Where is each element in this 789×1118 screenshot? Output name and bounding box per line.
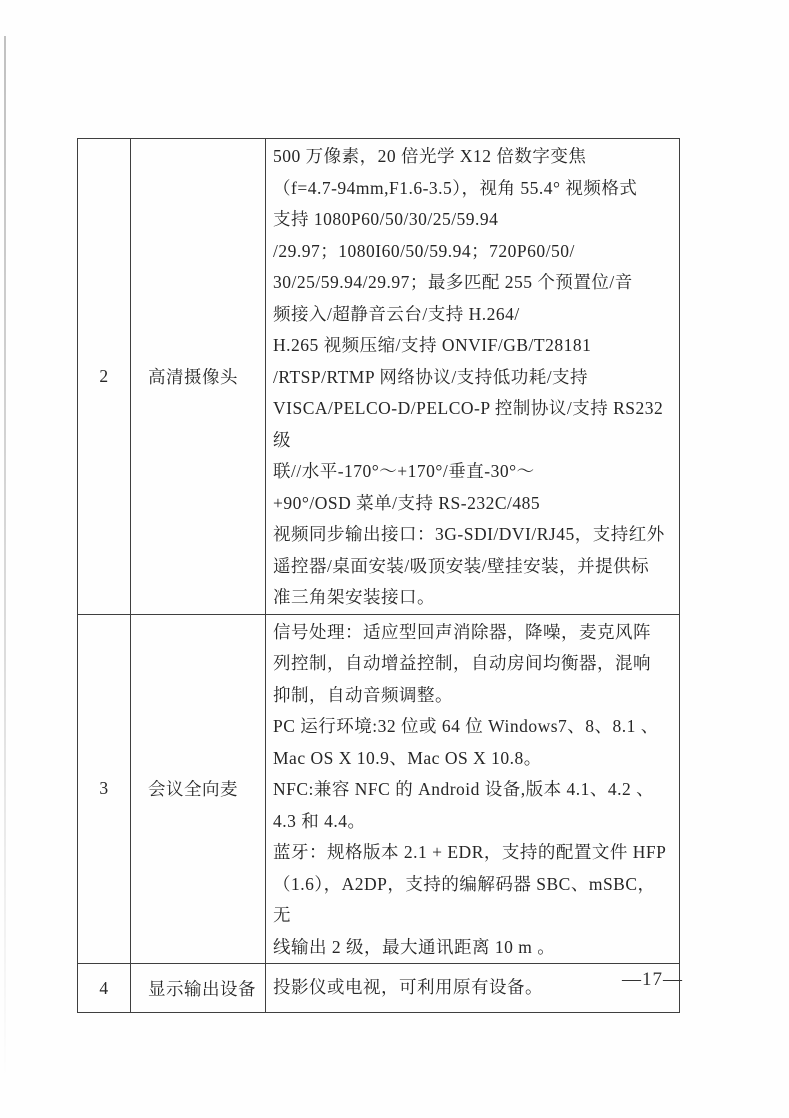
row-number: 3 [78,614,131,964]
item-spec-text: 投影仪或电视，可利用原有设备。 [266,964,680,1013]
table-row-microphone: 3 会议全向麦 信号处理：适应型回声消除器，降噪，麦克风阵 列控制，自动增益控制… [78,614,680,964]
item-spec-text: 信号处理：适应型回声消除器，降噪，麦克风阵 列控制，自动增益控制，自动房间均衡器… [266,614,680,964]
scan-edge-artifact [4,36,6,1080]
table-row-display: 4 显示输出设备 投影仪或电视，可利用原有设备。 [78,964,680,1013]
table-row-camera: 2 高清摄像头 500 万像素，20 倍光学 X12 倍数字变焦 （f=4.7-… [78,139,680,615]
page-number: —17— [622,969,683,991]
item-name: 高清摄像头 [131,139,266,615]
row-number: 4 [78,964,131,1013]
item-name: 会议全向麦 [131,614,266,964]
equipment-spec-table: 2 高清摄像头 500 万像素，20 倍光学 X12 倍数字变焦 （f=4.7-… [77,138,680,1013]
document-page: 2 高清摄像头 500 万像素，20 倍光学 X12 倍数字变焦 （f=4.7-… [0,0,789,1118]
item-spec-text: 500 万像素，20 倍光学 X12 倍数字变焦 （f=4.7-94mm,F1.… [266,139,680,615]
row-number: 2 [78,139,131,615]
item-name: 显示输出设备 [131,964,266,1013]
